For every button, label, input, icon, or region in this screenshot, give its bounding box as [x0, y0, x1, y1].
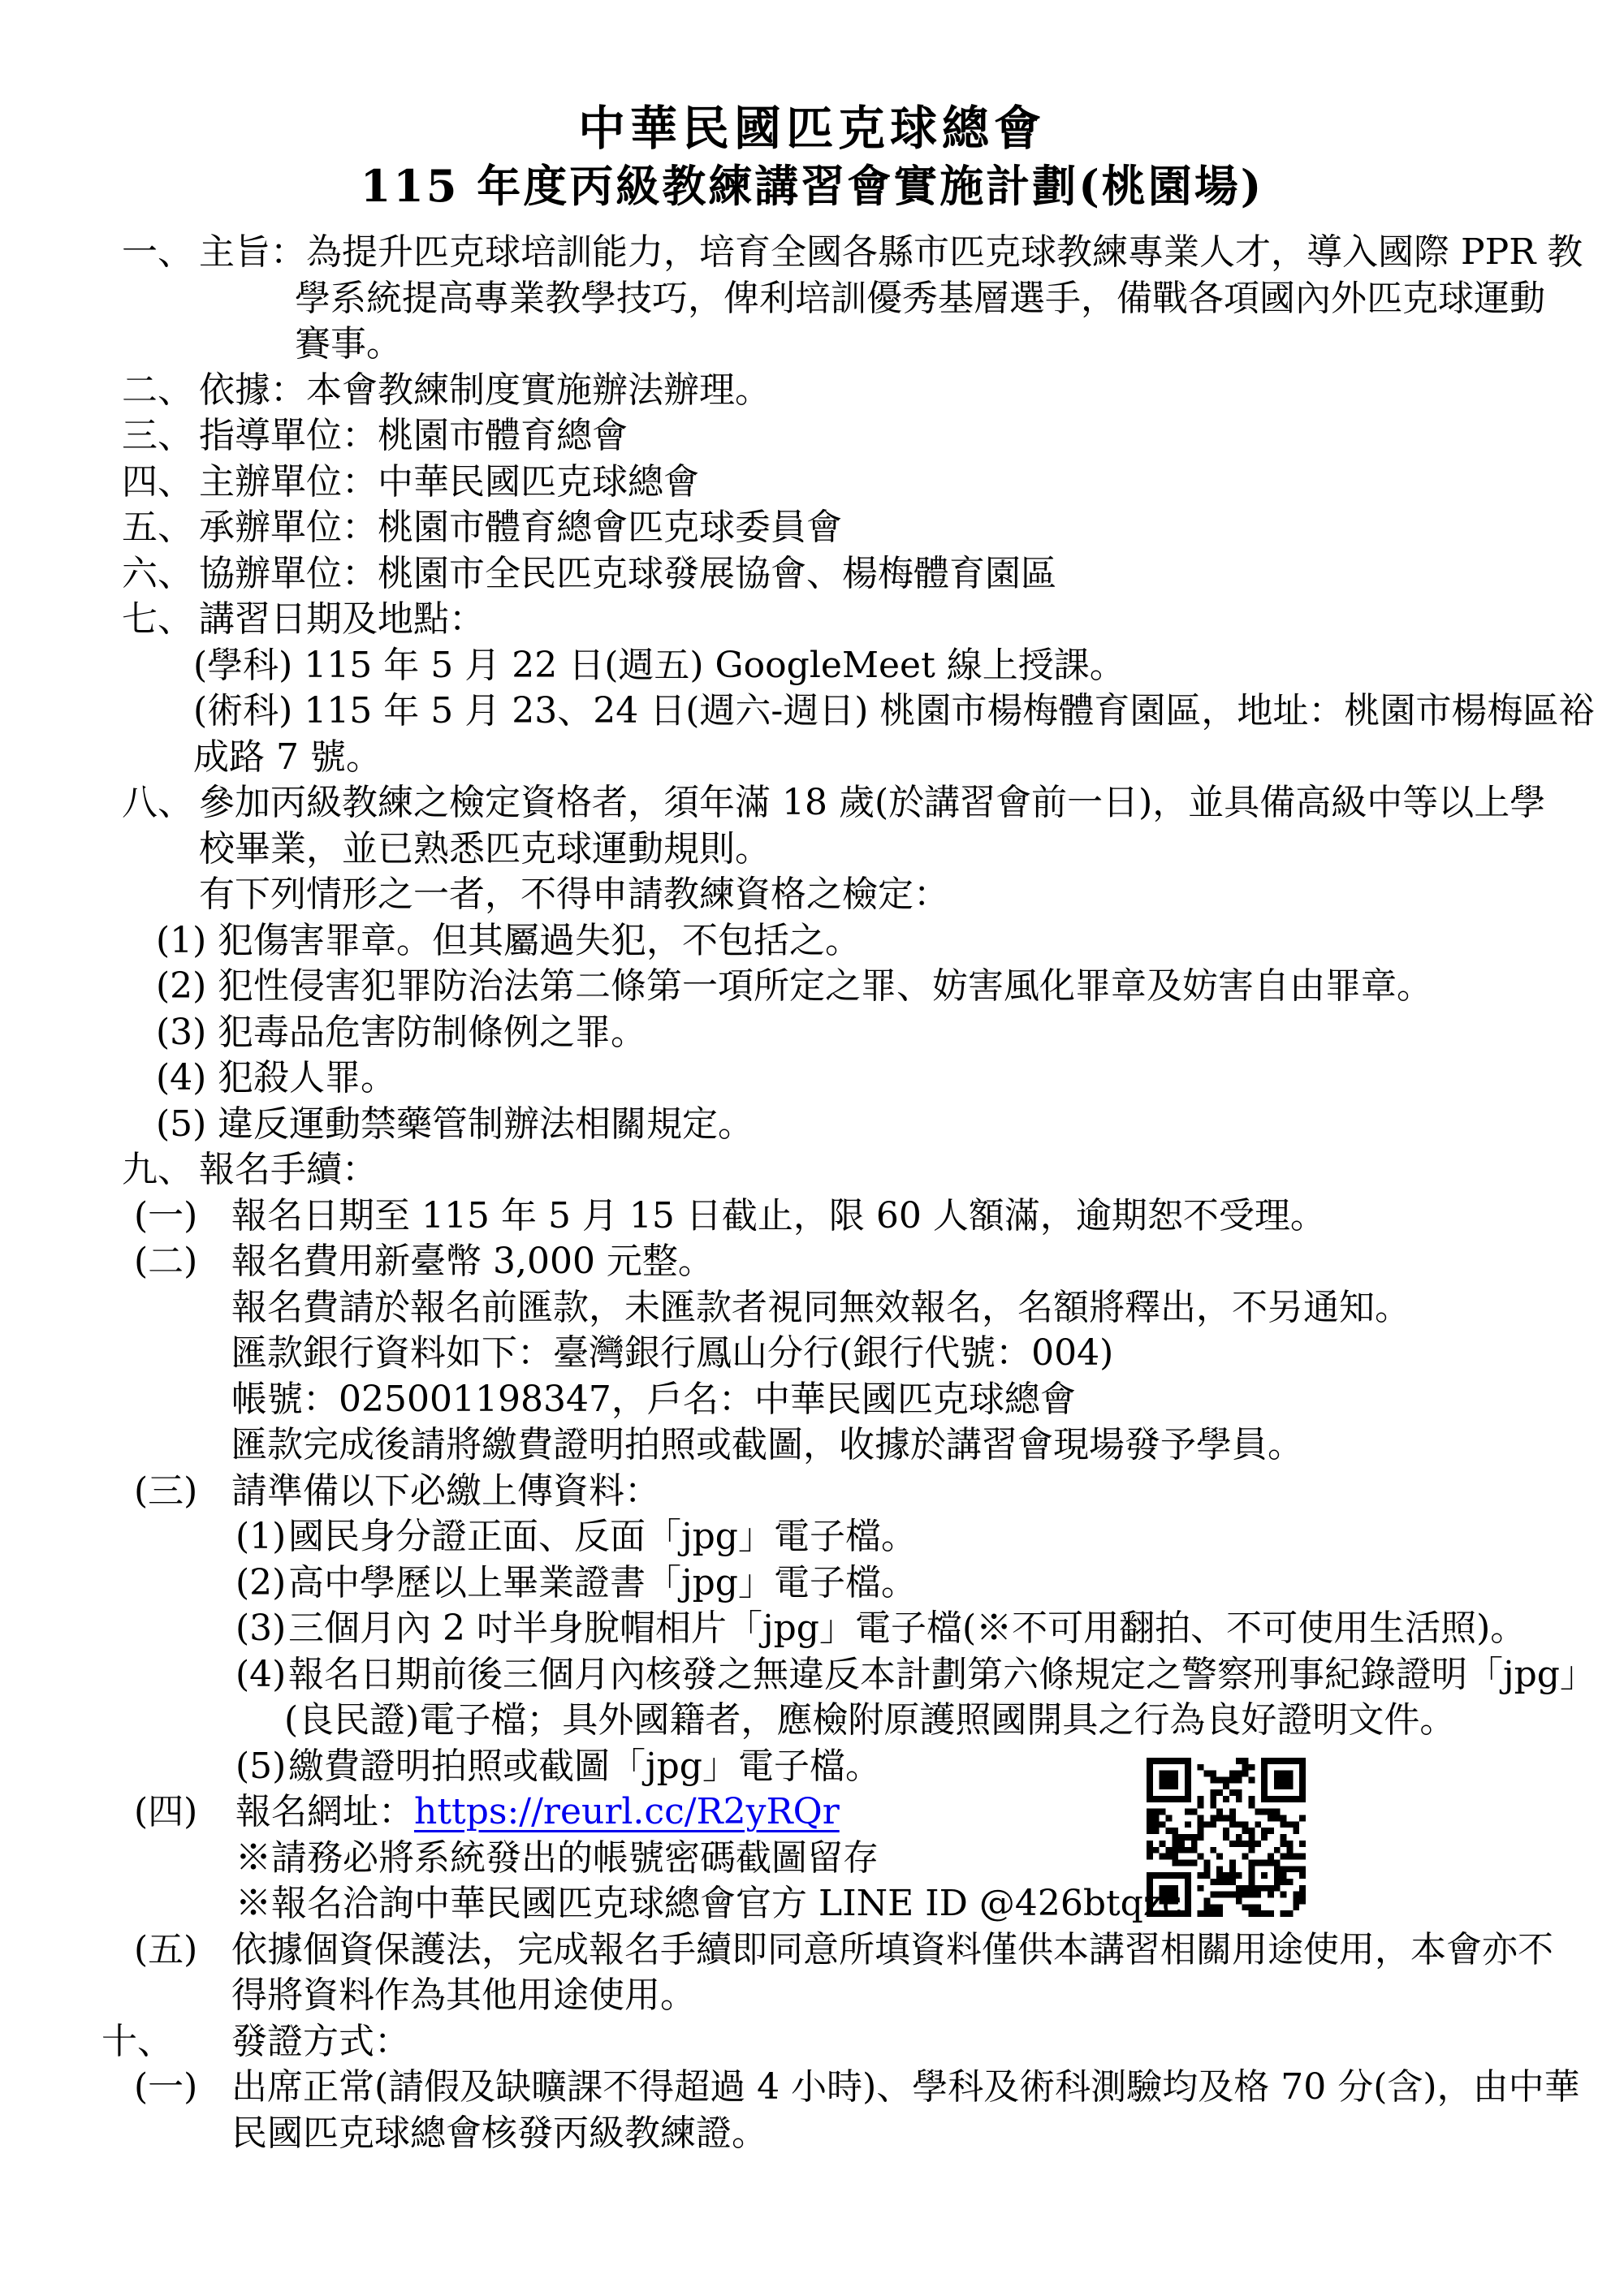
line-text: 報名費用新臺幣 3,000 元整。: [231, 1238, 714, 1284]
line-text: (學科) 115 年 5 月 22 日(週五) GoogleMeet 線上授課。: [193, 642, 1125, 688]
doc-line: (良民證)電子檔；具外國籍者，應檢附原護照國開具之行為良好證明文件。: [0, 1697, 1624, 1743]
list-marker: (4): [156, 1055, 206, 1101]
doc-line: (2)犯性侵害犯罪防治法第二條第一項所定之罪、妨害風化罪章及妨害自由罪章。: [0, 963, 1624, 1009]
doc-line: 四、主辦單位：中華民國匹克球總會: [0, 459, 1624, 505]
list-marker: 八、: [122, 779, 193, 826]
line-text: 報名網址：: [235, 1791, 414, 1832]
line-text: 出席正常(請假及缺曠課不得超過 4 小時)、學科及術科測驗均及格 70 分(含)…: [231, 2064, 1580, 2110]
doc-line: 帳號：025001198347，戶名：中華民國匹克球總會: [0, 1376, 1624, 1422]
doc-line: 五、承辦單位：桃園市體育總會匹克球委員會: [0, 504, 1624, 550]
doc-line: 八、參加丙級教練之檢定資格者，須年滿 18 歲(於講習會前一日)，並具備高級中等…: [0, 779, 1624, 826]
line-text: 主辦單位：中華民國匹克球總會: [199, 459, 699, 505]
line-text: 講習日期及地點：: [199, 596, 485, 642]
doc-line: (3)三個月內 2 吋半身脫帽相片「jpg」電子檔(※不可用翻拍、不可使用生活照…: [0, 1605, 1624, 1651]
line-text: 報名手續：: [199, 1146, 378, 1193]
line-text: 匯款完成後請將繳費證明拍照或截圖，收據於講習會現場發予學員。: [231, 1422, 1303, 1468]
line-text: 繳費證明拍照或截圖「jpg」電子檔。: [288, 1743, 881, 1789]
doc-line: (學科) 115 年 5 月 22 日(週五) GoogleMeet 線上授課。: [0, 642, 1624, 688]
line-text: 發證方式：: [231, 2018, 410, 2065]
line-text: 有下列情形之一者，不得申請教練資格之檢定：: [199, 871, 949, 917]
doc-line: (1)犯傷害罪章。但其屬過失犯，不包括之。: [0, 917, 1624, 964]
qr-code: [1147, 1758, 1306, 1917]
line-text: 依據個資保護法，完成報名手續即同意所填資料僅供本講習相關用途使用，本會亦不: [231, 1927, 1553, 1973]
doc-line: 學系統提高專業教學技巧，俾利培訓優秀基層選手，備戰各項國內外匹克球運動: [0, 275, 1624, 322]
line-text: 報名費請於報名前匯款，未匯款者視同無效報名，名額將釋出，不另通知。: [231, 1284, 1410, 1331]
doc-line: ※請務必將系統發出的帳號密碼截圖留存: [0, 1835, 1624, 1881]
line-text: 主旨：為提升匹克球培訓能力，培育全國各縣市匹克球教練專業人才，導入國際 PPR …: [199, 229, 1583, 275]
line-text: 得將資料作為其他用途使用。: [231, 1972, 696, 2018]
line-text: 國民身分證正面、反面「jpg」電子檔。: [288, 1513, 917, 1560]
list-marker: (一): [134, 2064, 197, 2110]
doc-line: 六、協辦單位：桃園市全民匹克球發展協會、楊梅體育園區: [0, 550, 1624, 597]
doc-line: ※報名洽詢中華民國匹克球總會官方 LINE ID @426btqzc: [0, 1880, 1624, 1927]
doc-line: 成路 7 號。: [0, 734, 1624, 780]
line-text: 指導單位：桃園市體育總會: [199, 412, 628, 459]
line-text: 犯傷害罪章。但其屬過失犯，不包括之。: [218, 917, 861, 964]
line-text: 違反運動禁藥管制辦法相關規定。: [218, 1101, 754, 1147]
line-text: 賽事。: [295, 321, 402, 367]
doc-line: 十、發證方式：: [0, 2018, 1624, 2065]
doc-line: (一)報名日期至 115 年 5 月 15 日截止，限 60 人額滿，逾期恕不受…: [0, 1193, 1624, 1239]
doc-line: (5)繳費證明拍照或截圖「jpg」電子檔。: [0, 1743, 1624, 1789]
line-text: 協辦單位：桃園市全民匹克球發展協會、楊梅體育園區: [199, 550, 1056, 597]
doc-line: (二)報名費用新臺幣 3,000 元整。: [0, 1238, 1624, 1284]
document-page: 中華民國匹克球總會 115 年度丙級教練講習會實施計劃(桃園場) 一、主旨：為提…: [0, 0, 1624, 2296]
doc-line: (四)報名網址：https://reurl.cc/R2yRQr: [0, 1789, 1624, 1835]
list-marker: (2): [235, 1560, 286, 1606]
plan-title: 115 年度丙級教練講習會實施計劃(桃園場): [0, 159, 1624, 213]
list-marker: 三、: [122, 412, 193, 459]
list-marker: 五、: [122, 504, 193, 550]
list-marker: (五): [134, 1927, 197, 1973]
line-text: 匯款銀行資料如下：臺灣銀行鳳山分行(銀行代號：004): [231, 1330, 1113, 1376]
line-text: 犯毒品危害防制條例之罪。: [218, 1009, 646, 1055]
doc-line: 得將資料作為其他用途使用。: [0, 1972, 1624, 2018]
list-marker: (5): [235, 1743, 286, 1789]
line-text: 參加丙級教練之檢定資格者，須年滿 18 歲(於講習會前一日)，並具備高級中等以上…: [199, 779, 1545, 826]
doc-line: 報名費請於報名前匯款，未匯款者視同無效報名，名額將釋出，不另通知。: [0, 1284, 1624, 1331]
line-text: 報名日期至 115 年 5 月 15 日截止，限 60 人額滿，逾期恕不受理。: [231, 1193, 1326, 1239]
list-marker: (一): [134, 1193, 197, 1239]
line-text: 成路 7 號。: [193, 734, 382, 780]
line-text: 犯性侵害犯罪防治法第二條第一項所定之罪、妨害風化罪章及妨害自由罪章。: [218, 963, 1432, 1009]
doc-line: (2)高中學歷以上畢業證書「jpg」電子檔。: [0, 1560, 1624, 1606]
list-marker: (1): [235, 1513, 286, 1560]
list-marker: 二、: [122, 367, 193, 413]
line-text: 高中學歷以上畢業證書「jpg」電子檔。: [288, 1560, 917, 1606]
list-marker: (5): [156, 1101, 206, 1147]
list-marker: 十、: [101, 2018, 173, 2065]
doc-line: 三、指導單位：桃園市體育總會: [0, 412, 1624, 459]
doc-line: (5)違反運動禁藥管制辦法相關規定。: [0, 1101, 1624, 1147]
line-text: 犯殺人罪。: [218, 1055, 396, 1101]
line-text: 學系統提高專業教學技巧，俾利培訓優秀基層選手，備戰各項國內外匹克球運動: [295, 275, 1545, 322]
doc-line: (4)犯殺人罪。: [0, 1055, 1624, 1101]
doc-line: (五)依據個資保護法，完成報名手續即同意所填資料僅供本講習相關用途使用，本會亦不: [0, 1927, 1624, 1973]
doc-line: (3)犯毒品危害防制條例之罪。: [0, 1009, 1624, 1055]
line-text: 承辦單位：桃園市體育總會匹克球委員會: [199, 504, 842, 550]
doc-line: 有下列情形之一者，不得申請教練資格之檢定：: [0, 871, 1624, 917]
list-marker: (1): [156, 917, 206, 964]
doc-line: (4)報名日期前後三個月內核發之無違反本計劃第六條規定之警察刑事紀錄證明「jpg…: [0, 1651, 1624, 1698]
doc-line: (1)國民身分證正面、反面「jpg」電子檔。: [0, 1513, 1624, 1560]
doc-line: (術科) 115 年 5 月 23、24 日(週六-週日) 桃園市楊梅體育園區，…: [0, 688, 1624, 734]
doc-line: 賽事。: [0, 321, 1624, 367]
line-text: (良民證)電子檔；具外國籍者，應檢附原護照國開具之行為良好證明文件。: [284, 1697, 1455, 1743]
registration-url-row: 報名網址：https://reurl.cc/R2yRQr: [235, 1789, 840, 1835]
line-text: ※報名洽詢中華民國匹克球總會官方 LINE ID @426btqzc: [235, 1880, 1182, 1927]
list-marker: (3): [156, 1009, 206, 1055]
doc-line: 匯款完成後請將繳費證明拍照或截圖，收據於講習會現場發予學員。: [0, 1422, 1624, 1468]
line-text: ※請務必將系統發出的帳號密碼截圖留存: [235, 1835, 879, 1881]
line-text: 請準備以下必繳上傳資料：: [231, 1468, 660, 1514]
doc-line: 二、依據：本會教練制度實施辦法辦理。: [0, 367, 1624, 413]
doc-line: (一)出席正常(請假及缺曠課不得超過 4 小時)、學科及術科測驗均及格 70 分…: [0, 2064, 1624, 2110]
line-text: 民國匹克球總會核發丙級教練證。: [231, 2110, 767, 2156]
list-marker: (2): [156, 963, 206, 1009]
list-marker: 一、: [122, 229, 193, 275]
line-text: 三個月內 2 吋半身脫帽相片「jpg」電子檔(※不可用翻拍、不可使用生活照)。: [288, 1605, 1526, 1651]
list-marker: 六、: [122, 550, 193, 597]
doc-line: 九、報名手續：: [0, 1146, 1624, 1193]
doc-line: (三)請準備以下必繳上傳資料：: [0, 1468, 1624, 1514]
list-marker: 七、: [122, 596, 193, 642]
list-marker: (4): [235, 1651, 286, 1698]
registration-link[interactable]: https://reurl.cc/R2yRQr: [414, 1791, 840, 1832]
list-marker: (3): [235, 1605, 286, 1651]
list-marker: (二): [134, 1238, 197, 1284]
list-marker: 九、: [122, 1146, 193, 1193]
doc-line: 校畢業，並已熟悉匹克球運動規則。: [0, 826, 1624, 872]
list-marker: (三): [134, 1468, 197, 1514]
line-text: 依據：本會教練制度實施辦法辦理。: [199, 367, 771, 413]
list-marker: (四): [134, 1789, 197, 1835]
doc-line: 一、主旨：為提升匹克球培訓能力，培育全國各縣市匹克球教練專業人才，導入國際 PP…: [0, 229, 1624, 275]
doc-line: 民國匹克球總會核發丙級教練證。: [0, 2110, 1624, 2156]
list-marker: 四、: [122, 459, 193, 505]
doc-line: 七、講習日期及地點：: [0, 596, 1624, 642]
line-text: 報名日期前後三個月內核發之無違反本計劃第六條規定之警察刑事紀錄證明「jpg」: [288, 1651, 1596, 1698]
org-title: 中華民國匹克球總會: [0, 99, 1624, 158]
doc-line: 匯款銀行資料如下：臺灣銀行鳳山分行(銀行代號：004): [0, 1330, 1624, 1376]
line-text: 校畢業，並已熟悉匹克球運動規則。: [199, 826, 771, 872]
line-text: (術科) 115 年 5 月 23、24 日(週六-週日) 桃園市楊梅體育園區，…: [193, 688, 1594, 734]
line-text: 帳號：025001198347，戶名：中華民國匹克球總會: [231, 1376, 1076, 1422]
